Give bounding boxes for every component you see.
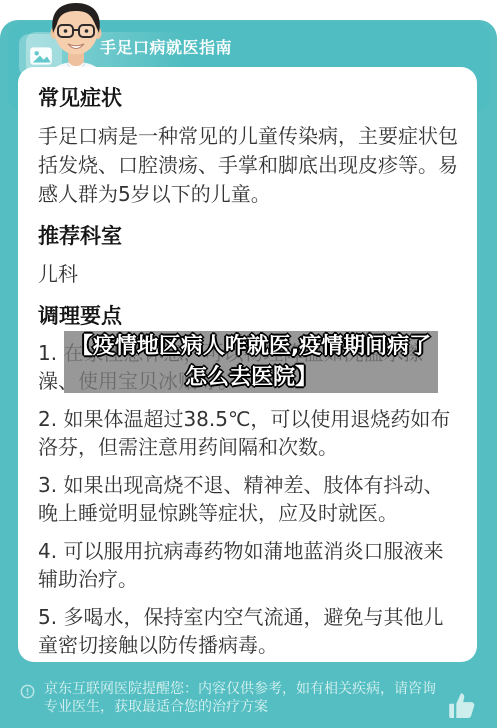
department-text: 儿科 <box>38 260 459 289</box>
care-item-2: 2. 如果体温超过38.5℃，可以使用退烧药如布洛芬，但需注意用药间隔和次数。 <box>38 405 459 461</box>
care-item-3: 3. 如果出现高烧不退、精神差、肢体有抖动、晚上睡觉明显惊跳等症状，应及时就医。 <box>38 471 459 527</box>
info-icon <box>20 684 36 703</box>
thumbs-up-icon[interactable] <box>444 688 482 728</box>
symptoms-text: 手足口病是一种常见的儿童传染病，主要症状包括发烧、口腔溃疡、手掌和脚底出现皮疹等… <box>38 122 459 209</box>
care-item-4: 4. 可以服用抗病毒药物如蒲地蓝消炎口服液来辅助治疗。 <box>38 537 459 593</box>
section-heading-symptoms: 常见症状 <box>38 85 459 111</box>
section-heading-department: 推荐科室 <box>38 223 459 249</box>
section-heading-care: 调理要点 <box>38 303 459 329</box>
footer: 京东互联网医院提醒您：内容仅供参考，如有相关疾病，请咨询专业医生，获取最适合您的… <box>20 678 482 728</box>
page-title: 手足口病就医指南 <box>100 35 232 58</box>
disclaimer-text: 京东互联网医院提醒您：内容仅供参考，如有相关疾病，请咨询专业医生，获取最适合您的… <box>44 680 442 716</box>
care-item-5: 5. 多喝水，保持室内空气流通，避免与其他儿童密切接触以防传播病毒。 <box>38 603 459 659</box>
subtitle-overlay: 【疫情地区病人咋就医,疫情期间病了怎么去医院】 <box>64 331 438 393</box>
